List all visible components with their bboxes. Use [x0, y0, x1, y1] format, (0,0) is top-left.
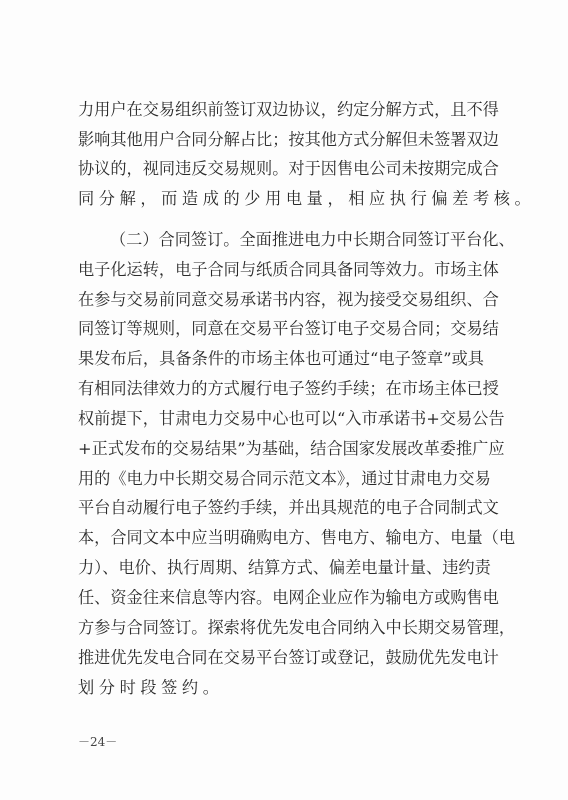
text-line: 同分解，而造成的少用电量，相应执行偏差考核。	[78, 188, 484, 210]
text-line: 用的《电力中长期交易合同示范文本》，通过甘肃电力交易	[78, 468, 484, 490]
section-heading-line: （二）合同签订。全面推进电力中长期合同签订平台化、	[110, 229, 484, 251]
text-line: 同签订等规则，同意在交易平台签订电子交易合同；交易结	[78, 318, 484, 340]
text-line: 平台自动履行电子签约手续，并出具规范的电子合同制式文	[78, 497, 484, 519]
text-line: 推进优先发电合同在交易平台签订或登记，鼓励优先发电计	[78, 647, 484, 669]
text-line: 电子化运转，电子合同与纸质合同具备同等效力。市场主体	[78, 259, 484, 281]
text-line: 有相同法律效力的方式履行电子签约手续；在市场主体已授	[78, 378, 484, 400]
text-line: 力用户在交易组织前签订双边协议，约定分解方式，且不得	[78, 99, 484, 121]
text-line: 在参与交易前同意交易承诺书内容，视为接受交易组织、合	[78, 289, 484, 311]
text-line: 方参与合同签订。探索将优先发电合同纳入中长期交易管理，	[78, 617, 484, 639]
page-number: －24－	[78, 734, 117, 750]
document-page: 力用户在交易组织前签订双边协议，约定分解方式，且不得 影响其他用户合同分解占比；…	[0, 0, 568, 800]
text-line: 协议的，视同违反交易规则。对于因售电公司未按期完成合	[78, 158, 484, 180]
text-line: 力）、电价、执行周期、结算方式、偏差电量计量、违约责	[78, 557, 484, 579]
text-line: 果发布后，具备条件的市场主体也可通过“电子签章”或具	[78, 348, 484, 370]
text-line: +正式发布的交易结果”为基础，结合国家发展改革委推广应	[78, 438, 484, 460]
text-line: 权前提下，甘肃电力交易中心也可以“入市承诺书+交易公告	[78, 408, 484, 430]
text-line: 影响其他用户合同分解占比；按其他方式分解但未签署双边	[78, 129, 484, 151]
text-line: 划分时段签约。	[78, 677, 484, 699]
text-line: 本，合同文本中应当明确购电方、售电方、输电方、电量（电	[78, 527, 484, 549]
text-line: 任、资金往来信息等内容。电网企业应作为输电方或购售电	[78, 587, 484, 609]
